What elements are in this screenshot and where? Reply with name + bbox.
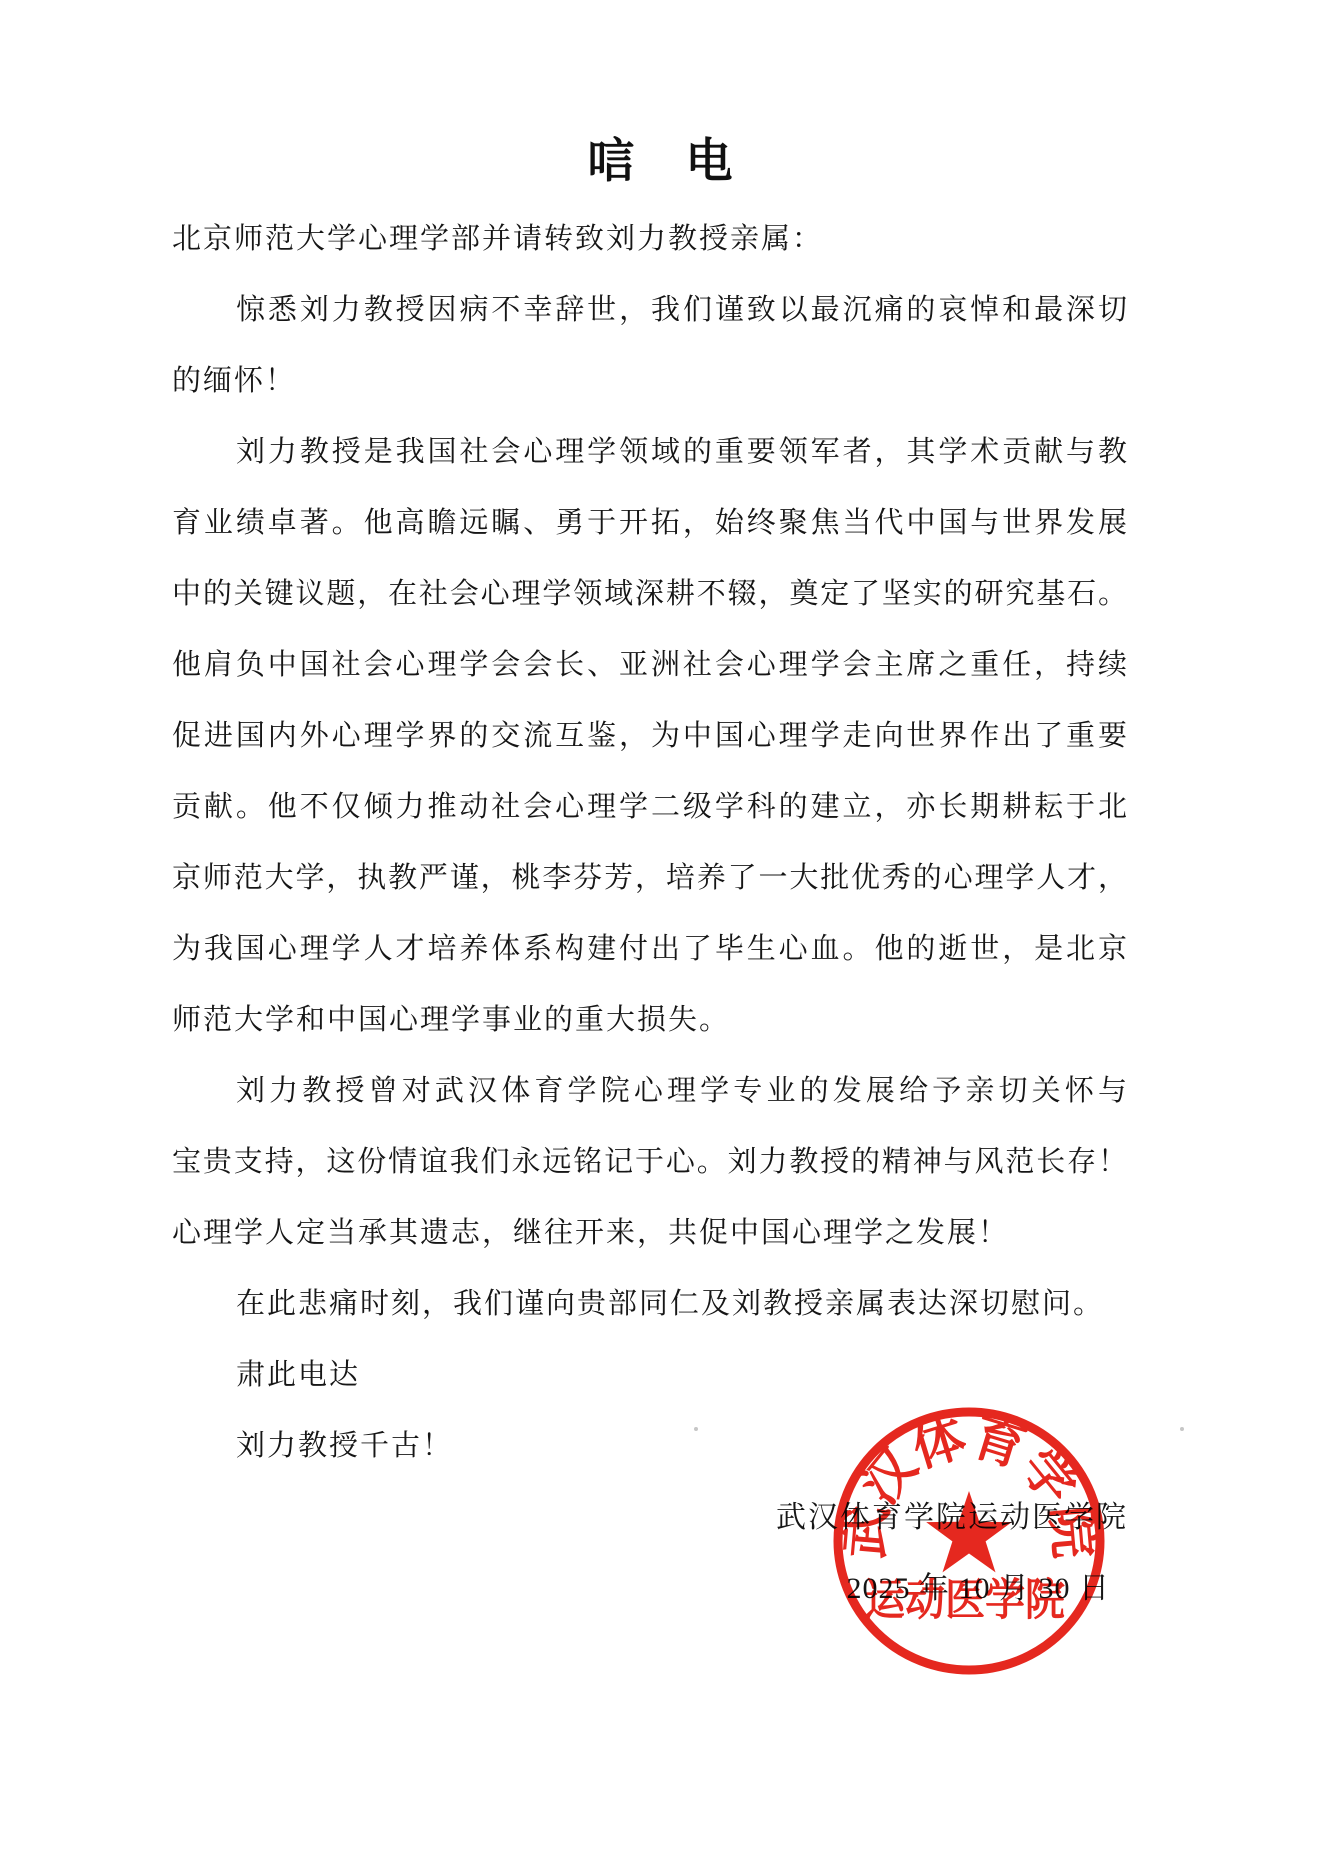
seal-star <box>926 1491 1012 1572</box>
salutation-line: 北京师范大学心理学部并请转致刘力教授亲属： <box>172 204 1128 275</box>
body-line: 促进国内外心理学界的交流互鉴，为中国心理学走向世界作出了重要 <box>172 701 1128 772</box>
body-line: 宝贵支持，这份情谊我们永远铭记于心。刘力教授的精神与风范长存！ <box>172 1127 1128 1198</box>
body-line: 心理学人定当承其遗志，继往开来，共促中国心理学之发展！ <box>172 1198 1128 1269</box>
seal-bottom-text: 运动医学院 <box>865 1576 1065 1625</box>
body-line: 京师范大学，执教严谨，桃李芬芳，培养了一大批优秀的心理学人才， <box>172 843 1128 914</box>
page-title: 唁 电 <box>0 132 1322 192</box>
official-seal: 武 汉 体 育 学 院 运动医学院 <box>824 1396 1114 1686</box>
body-line: 刘力教授是我国社会心理学领域的重要领军者，其学术贡献与教 <box>172 417 1128 488</box>
seal-arc-char: 院 <box>1040 1504 1102 1561</box>
scan-speck <box>1180 1427 1184 1431</box>
body-line: 为我国心理学人才培养体系构建付出了毕生心血。他的逝世，是北京 <box>172 914 1128 985</box>
body-line: 在此悲痛时刻，我们谨向贵部同仁及刘教授亲属表达深切慰问。 <box>172 1269 1128 1340</box>
body-line: 的缅怀！ <box>172 346 1128 417</box>
body-line: 惊悉刘力教授因病不幸辞世，我们谨致以最沉痛的哀悼和最深切 <box>172 275 1128 346</box>
seal-arc-char: 武 <box>837 1504 898 1561</box>
scan-speck <box>694 1427 698 1431</box>
body-line: 他肩负中国社会心理学会会长、亚洲社会心理学会主席之重任，持续 <box>172 630 1128 701</box>
body-line: 贡献。他不仅倾力推动社会心理学二级学科的建立，亦长期耕耘于北 <box>172 772 1128 843</box>
body-line: 育业绩卓著。他高瞻远瞩、勇于开拓，始终聚焦当代中国与世界发展 <box>172 488 1128 559</box>
body-line: 刘力教授曾对武汉体育学院心理学专业的发展给予亲切关怀与 <box>172 1056 1128 1127</box>
body-lines: 北京师范大学心理学部并请转致刘力教授亲属： 惊悉刘力教授因病不幸辞世，我们谨致以… <box>172 204 1128 1482</box>
body-line: 师范大学和中国心理学事业的重大损失。 <box>172 985 1128 1056</box>
body-line: 中的关键议题，在社会心理学领域深耕不辍，奠定了坚实的研究基石。 <box>172 559 1128 630</box>
condolence-letter-page: 唁 电 北京师范大学心理学部并请转致刘力教授亲属： 惊悉刘力教授因病不幸辞世，我… <box>0 0 1322 1871</box>
